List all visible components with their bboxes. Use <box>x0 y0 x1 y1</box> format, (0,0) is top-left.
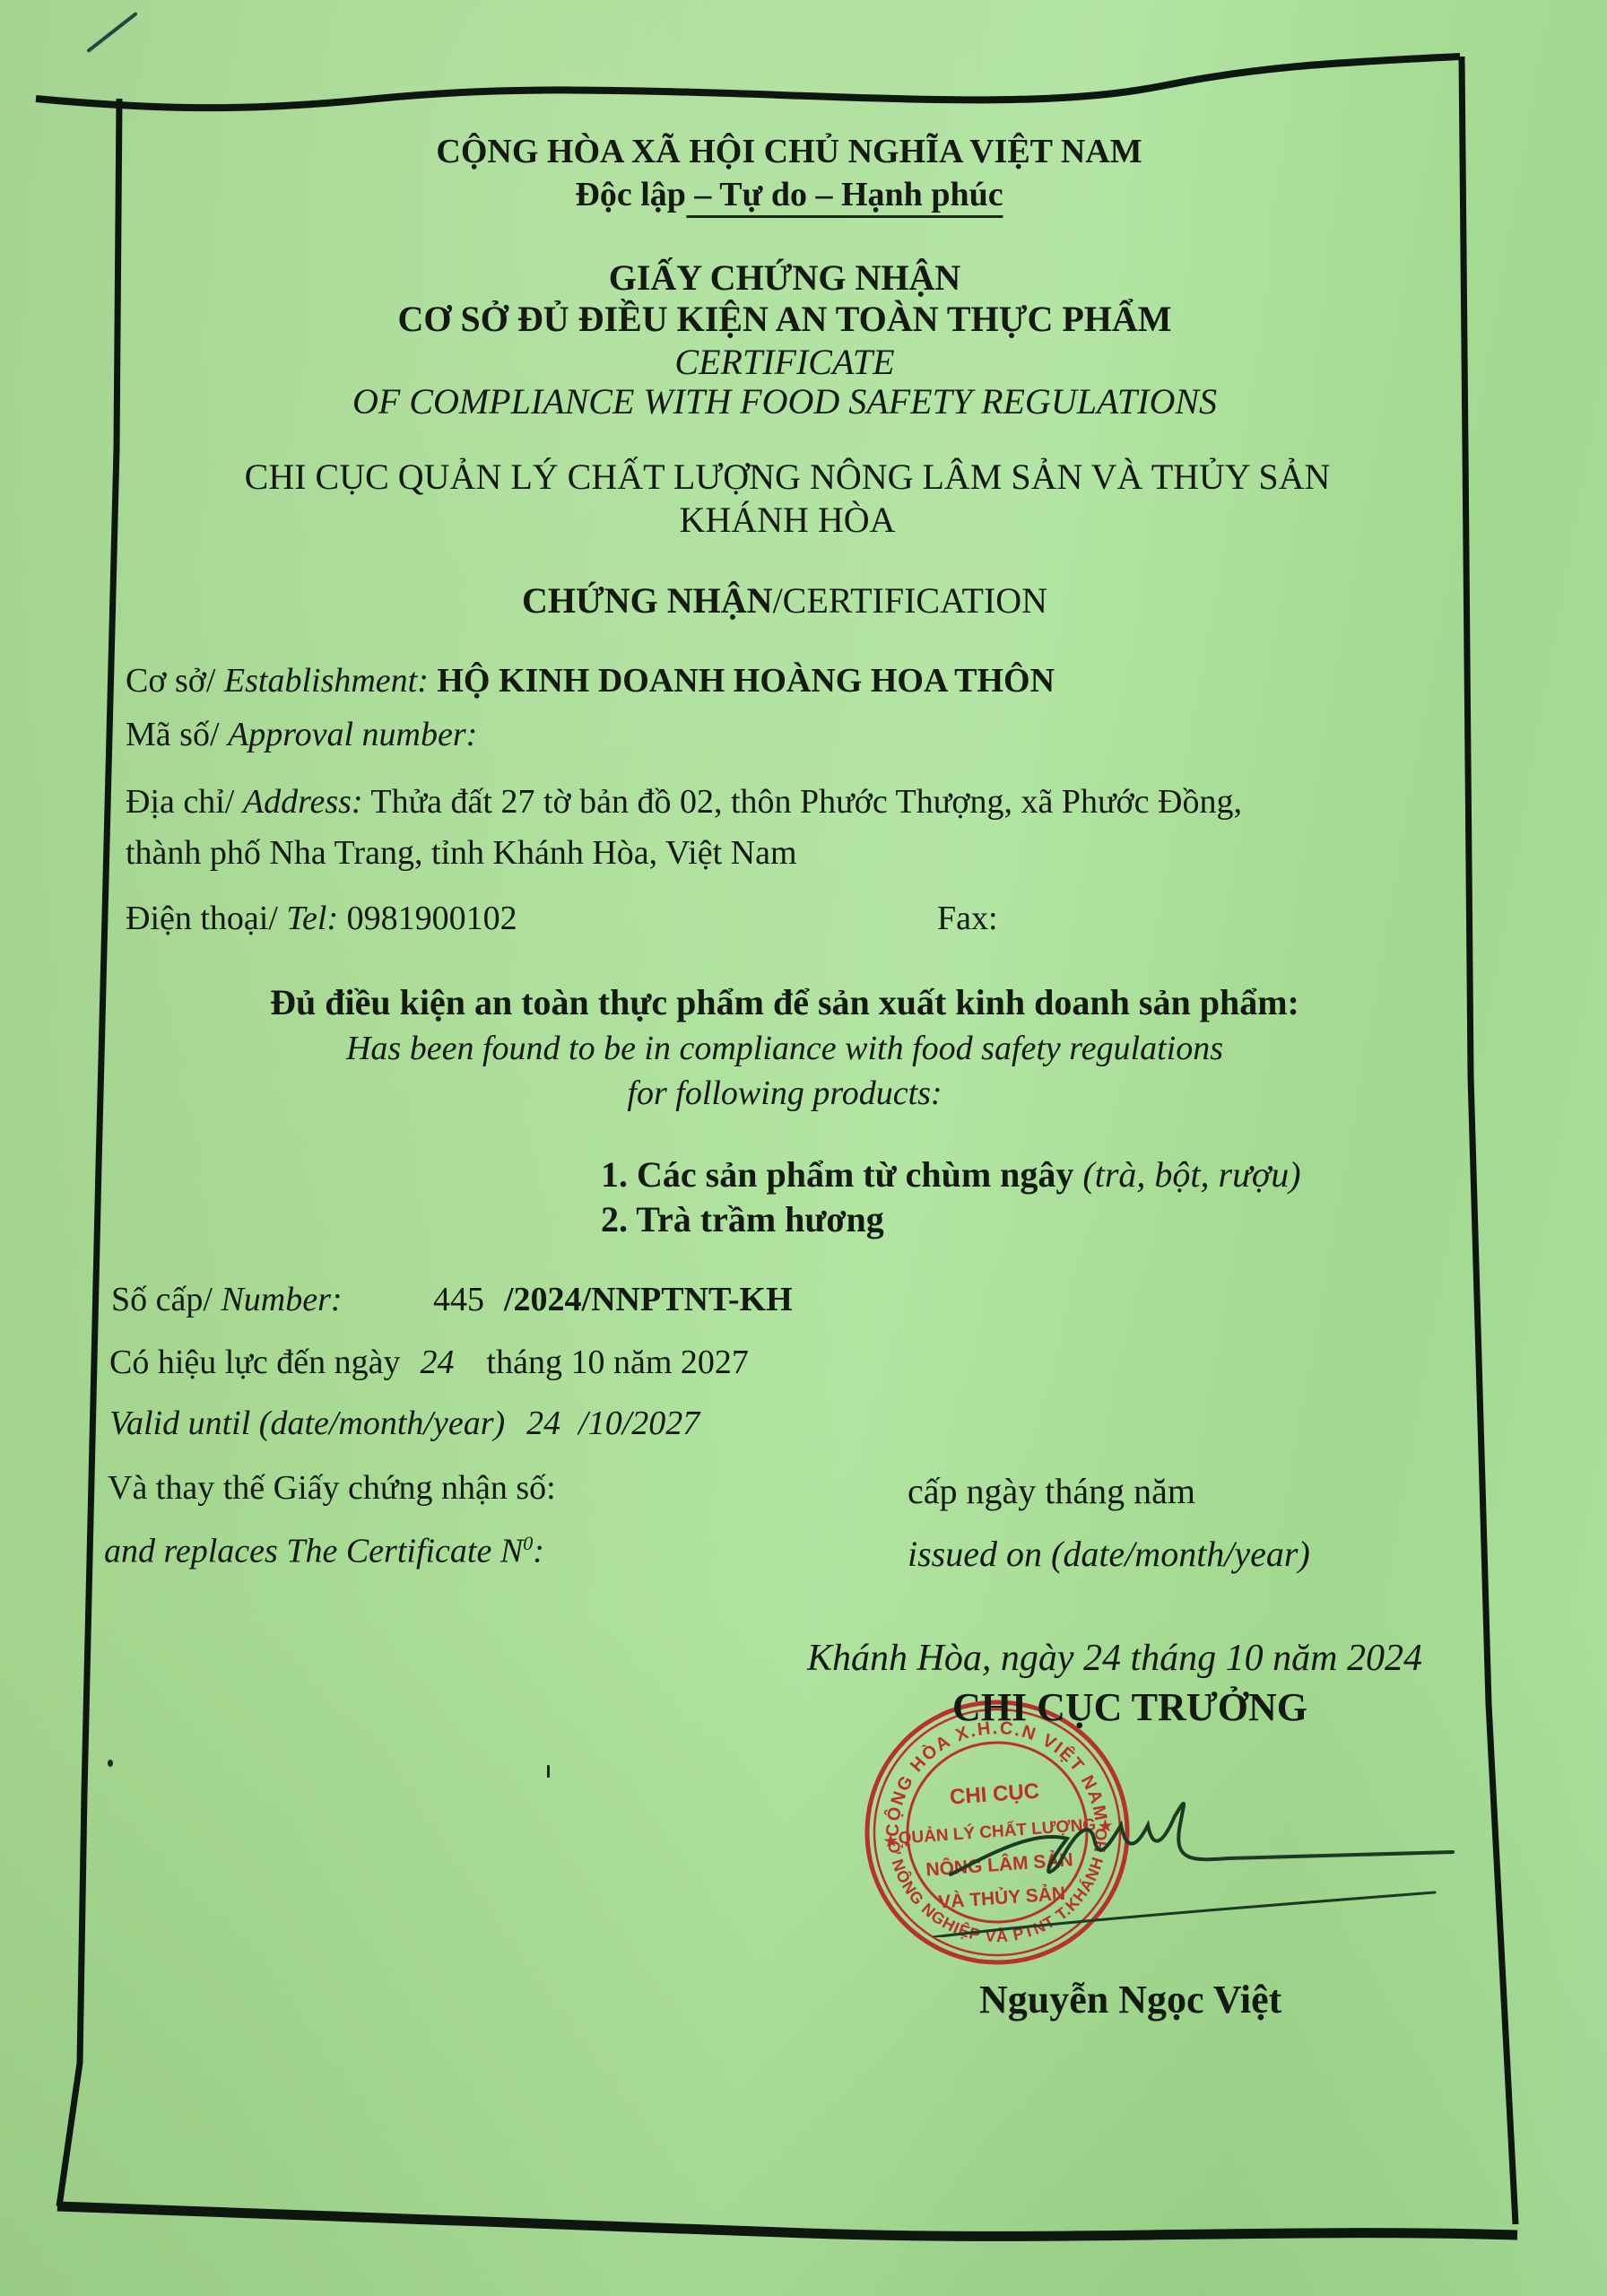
valid-en-date: /10/2027 <box>578 1405 699 1442</box>
valid-day: 24 <box>421 1344 455 1381</box>
compliance-statement-en-2: for following products: <box>627 1076 942 1110</box>
compliance-statement-en: Has been found to be in compliance with … <box>346 1031 1223 1065</box>
establishment-value: HỘ KINH DOANH HOÀNG HOA THÔN <box>429 662 1055 700</box>
product-name: 1. Các sản phẩm từ chùm ngây <box>601 1154 1073 1195</box>
product-note: (trà, bột, rượu) <box>1073 1154 1300 1195</box>
handwritten-signature <box>933 1776 1471 1937</box>
issued-on-vi: cấp ngày tháng năm <box>908 1474 1195 1509</box>
replaces-en-sup: 0 <box>523 1532 533 1554</box>
number-label-en: Number: <box>221 1281 342 1318</box>
replaces-en-label: and replaces The Certificate N <box>104 1533 523 1570</box>
ink-speck <box>108 1760 113 1767</box>
ink-speck <box>547 1765 550 1778</box>
approval-label-vi: Mã số/ <box>126 716 228 753</box>
valid-month-year: tháng 10 năm 2027 <box>487 1344 749 1381</box>
certificate-number-field: Số cấp/ Number: <box>111 1283 343 1317</box>
signer-name: Nguyễn Ngọc Việt <box>979 1980 1281 2020</box>
address-field: Địa chỉ/ Address: Thửa đất 27 tờ bản đồ … <box>126 785 1242 819</box>
fax-field: Fax: <box>937 901 998 935</box>
product-item: 2. Trà trầm hương <box>601 1202 884 1238</box>
valid-en-label: Valid until (date/month/year) <box>109 1405 505 1442</box>
valid-vi-label: Có hiệu lực đến ngày <box>109 1344 401 1381</box>
issued-on-en: issued on (date/month/year) <box>908 1536 1310 1572</box>
certification-heading: CHỨNG NHẬN/CERTIFICATION <box>522 583 1047 619</box>
establishment-label-vi: Cơ sở/ <box>126 662 224 700</box>
phone-label-en: Tel: <box>286 900 338 937</box>
certification-heading-vi: CHỨNG NHẬN <box>522 580 773 621</box>
approval-label-en: Approval number: <box>228 716 477 753</box>
phone-field: Điện thoại/ Tel: 0981900102 <box>126 901 517 935</box>
number-suffix: /2024/NNPTNT-KH <box>504 1281 793 1318</box>
compliance-statement-vi: Đủ điều kiện an toàn thực phẩm để sản xu… <box>270 985 1299 1021</box>
valid-until-en: Valid until (date/month/year)24/10/2027 <box>109 1406 699 1440</box>
phone-label-vi: Điện thoại/ <box>126 900 286 937</box>
certificate-subtitle-en: OF COMPLIANCE WITH FOOD SAFETY REGULATIO… <box>352 384 1217 420</box>
number-value: 445 <box>433 1281 484 1318</box>
valid-en-day: 24 <box>526 1405 560 1442</box>
issuing-agency-province: KHÁNH HÒA <box>679 502 895 538</box>
establishment-field: Cơ sở/ Establishment: HỘ KINH DOANH HOÀN… <box>126 664 1055 698</box>
replaces-en: and replaces The Certificate N0: <box>104 1534 544 1569</box>
address-label-vi: Địa chỉ/ <box>126 783 243 821</box>
replaces-en-colon: : <box>533 1533 544 1570</box>
address-value-line2: thành phố Nha Trang, tỉnh Khánh Hòa, Việ… <box>126 836 797 870</box>
signer-title: CHI CỤC TRƯỞNG <box>952 1688 1307 1727</box>
national-motto: Độc lập – Tự do – Hạnh phúc <box>575 178 1003 212</box>
fax-label: Fax: <box>937 900 998 937</box>
valid-until-vi: Có hiệu lực đến ngày24tháng 10 năm 2027 <box>109 1345 749 1379</box>
signing-place-date: Khánh Hòa, ngày 24 tháng 10 năm 2024 <box>807 1639 1422 1677</box>
address-label-en: Address: <box>243 783 363 821</box>
svg-text:★: ★ <box>882 1830 900 1852</box>
motto-underlined: – Tự do – Hạnh phúc <box>686 176 1003 218</box>
product-item: 1. Các sản phẩm từ chùm ngây (trà, bột, … <box>601 1157 1301 1193</box>
address-value-line1: Thửa đất 27 tờ bản đồ 02, thôn Phước Thư… <box>363 783 1242 821</box>
phone-value: 0981900102 <box>338 900 517 937</box>
product-name: 2. Trà trầm hương <box>601 1199 884 1239</box>
certification-heading-en: /CERTIFICATION <box>773 580 1047 621</box>
certificate-title-en: CERTIFICATE <box>674 344 894 380</box>
number-label-vi: Số cấp/ <box>111 1281 221 1318</box>
establishment-label-en: Establishment: <box>224 662 429 700</box>
motto-first: Độc lập <box>575 176 686 213</box>
certificate-title-vi: GIẤY CHỨNG NHẬN <box>609 260 961 296</box>
certificate-number-value: 445/2024/NNPTNT-KH <box>433 1283 793 1317</box>
approval-number-field: Mã số/ Approval number: <box>126 717 477 752</box>
issuing-agency: CHI CỤC QUẢN LÝ CHẤT LƯỢNG NÔNG LÂM SẢN … <box>245 459 1331 495</box>
republic-heading: CỘNG HÒA XÃ HỘI CHỦ NGHĨA VIỆT NAM <box>436 135 1142 169</box>
replaces-vi: Và thay thế Giấy chứng nhận số: <box>108 1471 556 1505</box>
certificate-subtitle-vi: CƠ SỞ ĐỦ ĐIỀU KIỆN AN TOÀN THỰC PHẨM <box>397 301 1171 337</box>
